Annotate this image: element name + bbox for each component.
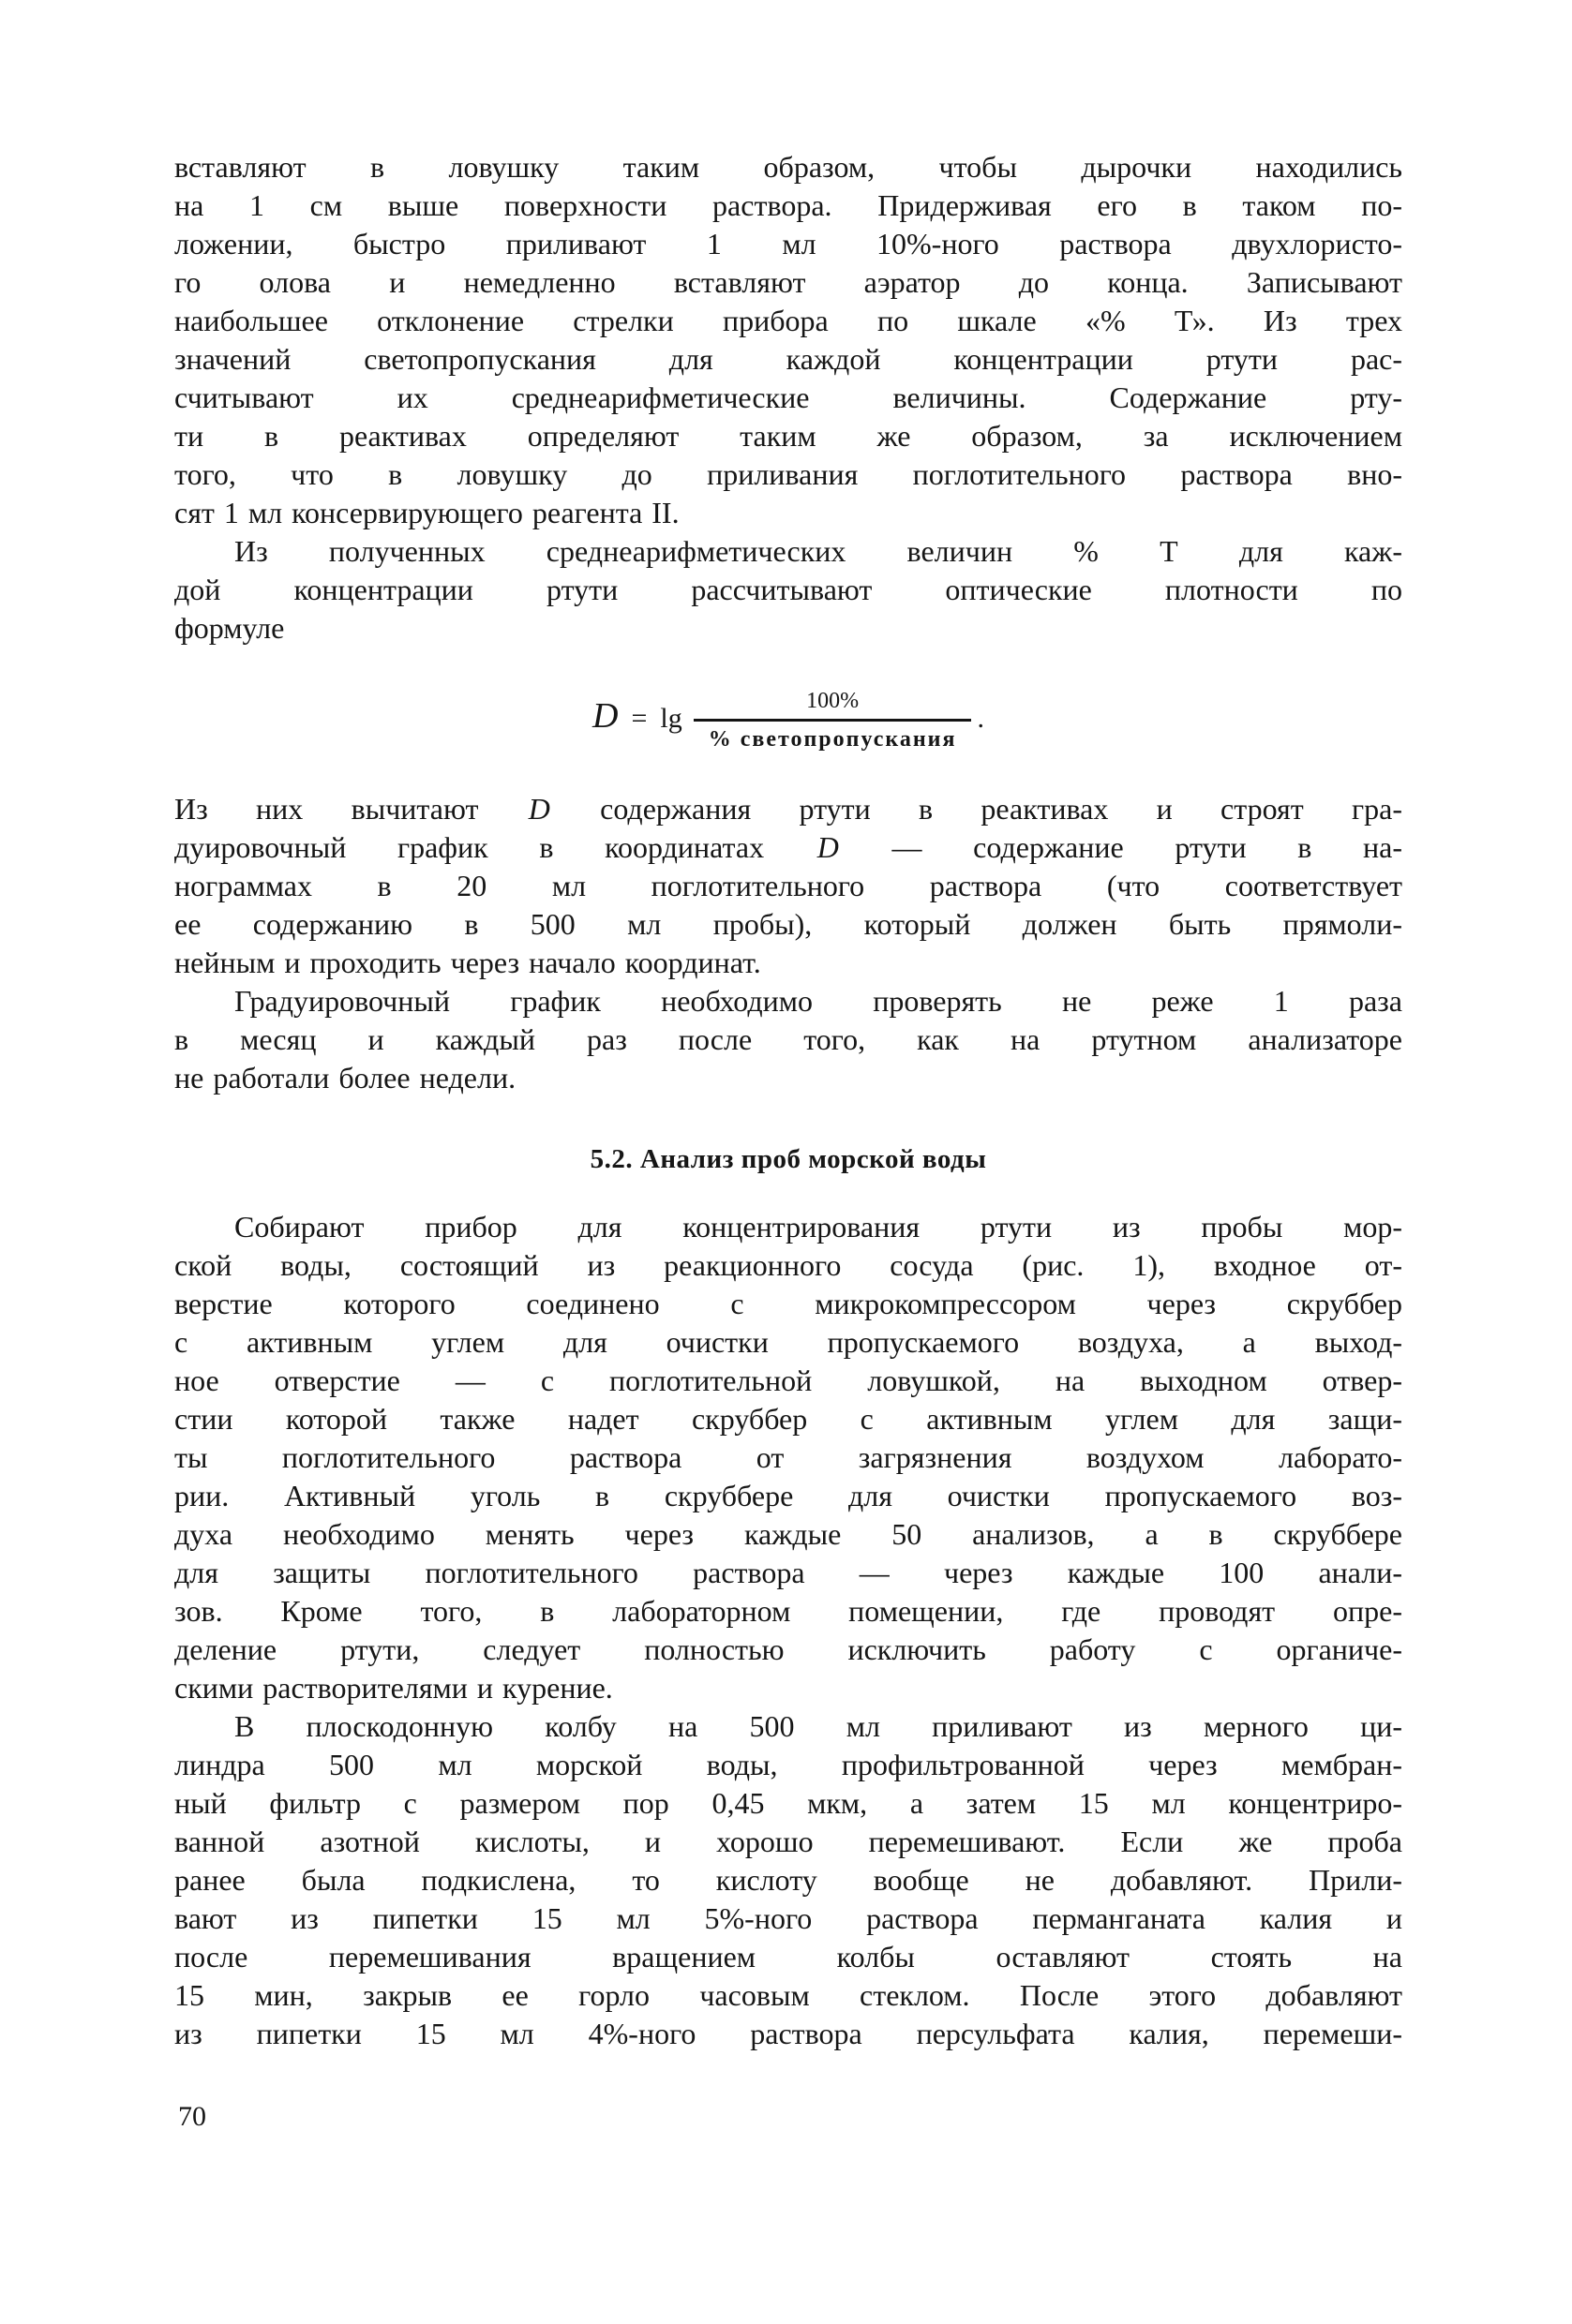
section-heading: 5.2. Анализ проб морской воды <box>174 1140 1402 1178</box>
text-line: вставляют в ловушку таким образом, чтобы… <box>174 148 1402 186</box>
text-line: не работали более недели. <box>174 1059 1402 1097</box>
text-line: на 1 см выше поверхности раствора. Приде… <box>174 186 1402 225</box>
text-line: линдра 500 мл морской воды, профильтрова… <box>174 1746 1402 1784</box>
formula-log-operator: lg <box>660 703 681 734</box>
text-line: ты поглотительного раствора от загрязнен… <box>174 1438 1402 1477</box>
text-line: Из них вычитают D содержания ртути в реа… <box>174 790 1402 828</box>
text-line: ее содержанию в 500 мл пробы), который д… <box>174 905 1402 944</box>
fraction-numerator: 100% <box>694 689 972 719</box>
formula-fraction: 100%% светопропускания <box>694 689 972 752</box>
text-line: вают из пипетки 15 мл 5%-ного раствора п… <box>174 1899 1402 1938</box>
text-line: сят 1 мл консервирующего реагента II. <box>174 494 1402 532</box>
text-line: для защиты поглотительного раствора — че… <box>174 1554 1402 1592</box>
text-line: рии. Активный уголь в скруббере для очис… <box>174 1477 1402 1515</box>
text-line: Градуировочный график необходимо проверя… <box>174 982 1402 1020</box>
document-page: вставляют в ловушку таким образом, чтобы… <box>0 0 1572 2324</box>
text-line: ранее была подкислена, то кислоту вообще… <box>174 1861 1402 1899</box>
text-line: нограммах в 20 мл поглотительного раство… <box>174 867 1402 905</box>
formula-variable: D <box>592 696 618 736</box>
text-line: ванной азотной кислоты, и хорошо перемеш… <box>174 1823 1402 1861</box>
formula-optical-density: D=lg100%% светопропускания. <box>174 689 1402 752</box>
text-line: считывают их среднеарифметические величи… <box>174 379 1402 417</box>
text-line: того, что в ловушку до приливания поглот… <box>174 455 1402 494</box>
text-line: В плоскодонную колбу на 500 мл приливают… <box>174 1707 1402 1746</box>
text-line: Из полученных среднеарифметических велич… <box>174 532 1402 571</box>
text-line: в месяц и каждый раз после того, как на … <box>174 1020 1402 1059</box>
formula-equals-sign: = <box>631 703 647 734</box>
text-line: скими растворителями и курение. <box>174 1669 1402 1707</box>
text-line: дуировочный график в координатах D — сод… <box>174 828 1402 867</box>
paragraph-group-before-formula: вставляют в ловушку таким образом, чтобы… <box>174 148 1402 648</box>
page-number: 70 <box>178 2101 206 2133</box>
text-line: с активным углем для очистки пропускаемо… <box>174 1323 1402 1362</box>
text-line: деление ртути, следует полностью исключи… <box>174 1631 1402 1669</box>
fraction-denominator: % светопропускания <box>694 722 972 752</box>
text-line: после перемешивания вращением колбы оста… <box>174 1938 1402 1976</box>
text-line: стии которой также надет скруббер с акти… <box>174 1400 1402 1438</box>
paragraph-group-after-heading: Собирают прибор для концентрирования рту… <box>174 1208 1402 2053</box>
text-line: наибольшее отклонение стрелки прибора по… <box>174 302 1402 340</box>
text-line: ти в реактивах определяют таким же образ… <box>174 417 1402 455</box>
text-line: го олова и немедленно вставляют аэратор … <box>174 263 1402 302</box>
text-line: духа необходимо менять через каждые 50 а… <box>174 1515 1402 1554</box>
text-line: верстие которого соединено с микрокомпре… <box>174 1285 1402 1323</box>
text-line: 15 мин, закрыв ее горло часовым стеклом.… <box>174 1976 1402 2015</box>
paragraph-group-after-formula: Из них вычитают D содержания ртути в реа… <box>174 790 1402 1097</box>
formula-period: . <box>977 703 984 734</box>
text-column: вставляют в ловушку таким образом, чтобы… <box>174 148 1402 2053</box>
text-line: ской воды, состоящий из реакционного сос… <box>174 1246 1402 1285</box>
text-line: Собирают прибор для концентрирования рту… <box>174 1208 1402 1246</box>
text-line: формуле <box>174 609 1402 648</box>
text-line: из пипетки 15 мл 4%-ного раствора персул… <box>174 2015 1402 2053</box>
text-line: зов. Кроме того, в лабораторном помещени… <box>174 1592 1402 1631</box>
text-line: нейным и проходить через начало координа… <box>174 944 1402 982</box>
text-line: ложении, быстро приливают 1 мл 10%-ного … <box>174 225 1402 263</box>
text-line: ный фильтр с размером пор 0,45 мкм, а за… <box>174 1784 1402 1823</box>
text-line: значений светопропускания для каждой кон… <box>174 340 1402 379</box>
text-line: ное отверстие — с поглотительной ловушко… <box>174 1362 1402 1400</box>
text-line: дой концентрации ртути рассчитывают опти… <box>174 571 1402 609</box>
